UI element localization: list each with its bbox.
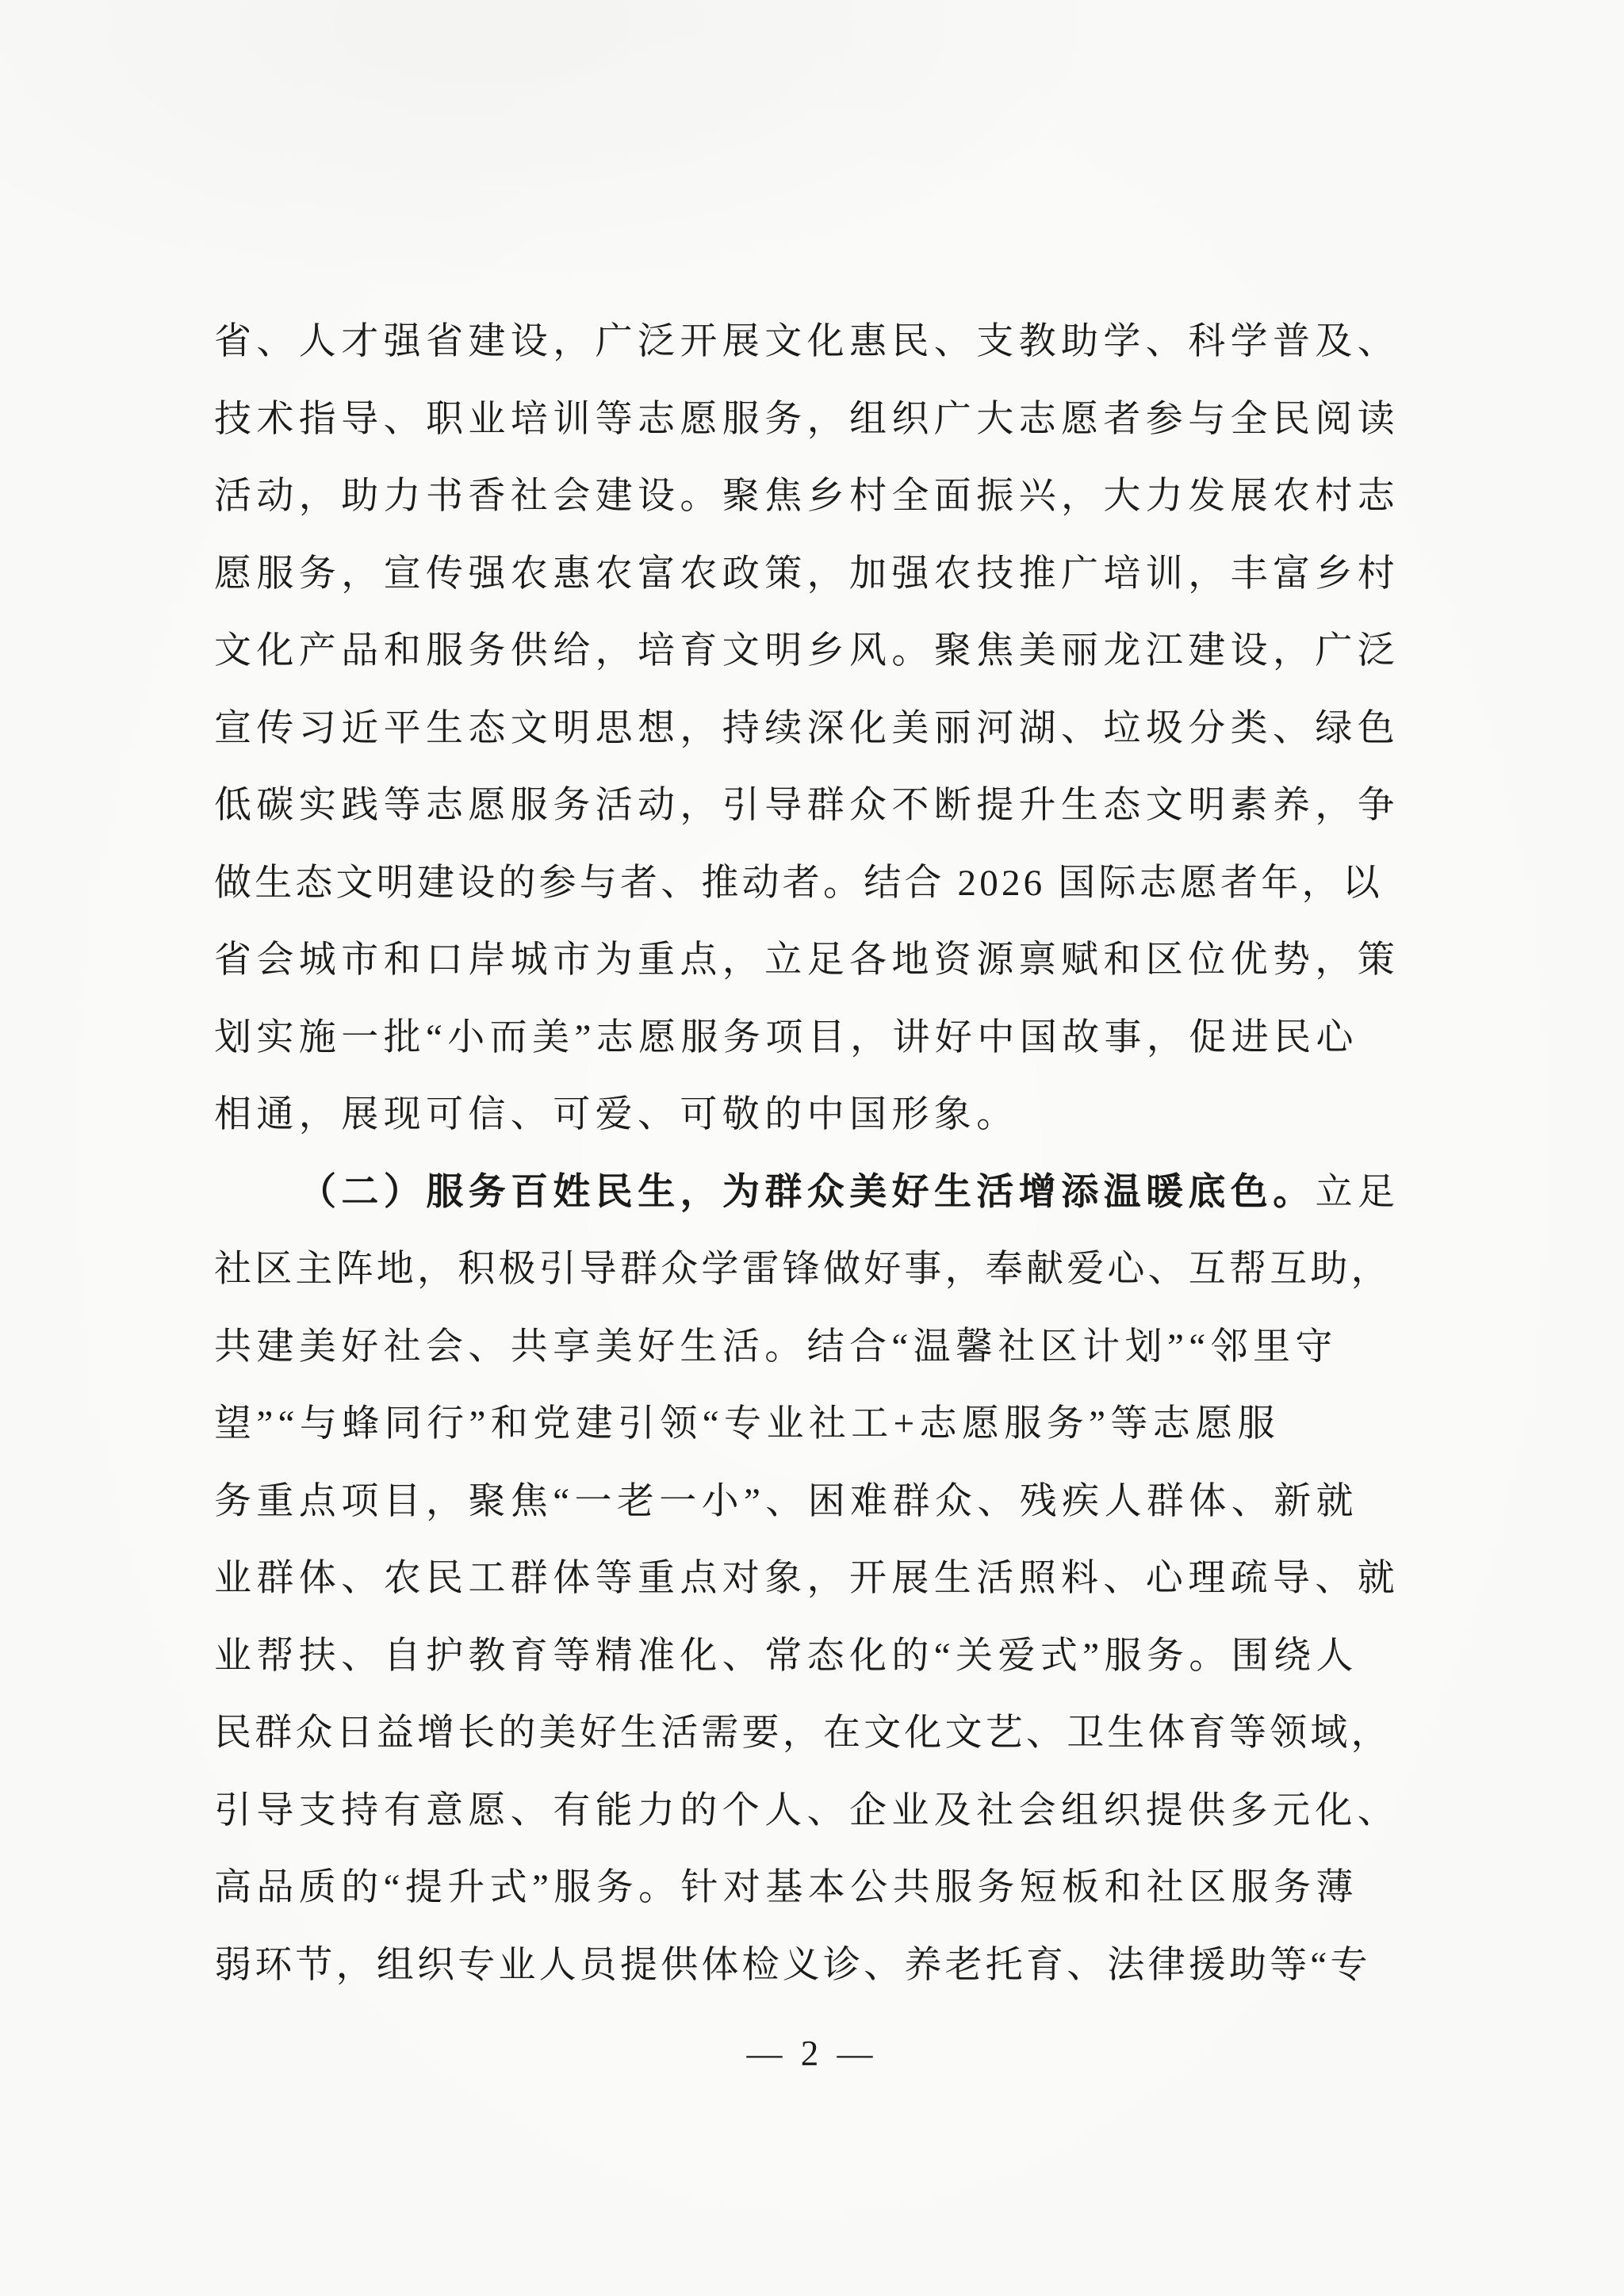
- body-text: 高品质的“提升式”服务。针对基本公共服务短板和社区服务薄: [214, 1867, 1358, 1908]
- body-text: 技术指导、职业培训等志愿服务，组织广大志愿者参与全民阅读: [214, 399, 1400, 440]
- document-page: 省、人才强省建设，广泛开展文化惠民、支教助学、科学普及、技术指导、职业培训等志愿…: [0, 0, 1624, 2296]
- body-text: 共建美好社会、共享美好生活。结合“温馨社区计划”“邻里守: [214, 1326, 1338, 1368]
- body-text: 文化产品和服务供给，培育文明乡风。聚焦美丽龙江建设，广泛: [214, 630, 1400, 672]
- body-text: 民群众日益增长的美好生活需要，在文化文艺、卫生体育等领域，: [214, 1712, 1392, 1754]
- text-line: 低碳实践等志愿服务活动，引导群众不断提升生态文明素养，争: [214, 767, 1499, 845]
- body-text: 宣传习近平生态文明思想，持续深化美丽河湖、垃圾分类、绿色: [214, 708, 1400, 749]
- body-text: 务重点项目，聚焦“一老一小”、困难群众、残疾人群体、新就: [214, 1481, 1358, 1522]
- body-text: 业群体、农民工群体等重点对象，开展生活照料、心理疏导、就: [214, 1558, 1400, 1599]
- text-line: 活动，助力书香社会建设。聚焦乡村全面振兴，大力发展农村志: [214, 458, 1499, 536]
- text-line: 文化产品和服务供给，培育文明乡风。聚焦美丽龙江建设，广泛: [214, 613, 1499, 691]
- text-line: 划实施一批“小而美”志愿服务项目，讲好中国故事，促进民心: [214, 1000, 1499, 1077]
- text-line: 引导支持有意愿、有能力的个人、企业及社会组织提供多元化、: [214, 1773, 1499, 1850]
- text-line: 共建美好社会、共享美好生活。结合“温馨社区计划”“邻里守: [214, 1309, 1499, 1387]
- body-text: 做生态文明建设的参与者、推动者。结合 2026 国际志愿者年，以: [214, 863, 1383, 904]
- body-text: 引导支持有意愿、有能力的个人、企业及社会组织提供多元化、: [214, 1790, 1400, 1831]
- body-text: 省会城市和口岸城市为重点，立足各地资源禀赋和区位优势，策: [214, 939, 1400, 981]
- text-line: 弱环节，组织专业人员提供体检义诊、养老托育、法律援助等“专: [214, 1927, 1499, 2005]
- text-line: 愿服务，宣传强农惠农富农政策，加强农技推广培训，丰富乡村: [214, 536, 1499, 614]
- text-line: 省会城市和口岸城市为重点，立足各地资源禀赋和区位优势，策: [214, 922, 1499, 1000]
- text-line: 望”“与蜂同行”和党建引领“专业社工+志愿服务”等志愿服: [214, 1386, 1499, 1464]
- text-line: 做生态文明建设的参与者、推动者。结合 2026 国际志愿者年，以: [214, 845, 1499, 923]
- text-line: 相通，展现可信、可爱、可敬的中国形象。: [214, 1077, 1499, 1154]
- body-text: 望”“与蜂同行”和党建引领“专业社工+志愿服务”等志愿服: [214, 1403, 1280, 1445]
- text-line: 社区主阵地，积极引导群众学雷锋做好事，奉献爱心、互帮互助，: [214, 1231, 1499, 1309]
- body-text: 立足: [1316, 1172, 1400, 1213]
- body-text: 愿服务，宣传强农惠农富农政策，加强农技推广培训，丰富乡村: [214, 553, 1400, 595]
- text-line: （二）服务百姓民生，为群众美好生活增添温暖底色。立足: [214, 1154, 1499, 1232]
- page-number: — 2 —: [0, 2020, 1624, 2087]
- text-line: 业帮扶、自护教育等精准化、常态化的“关爱式”服务。围绕人: [214, 1618, 1499, 1696]
- body-text: 活动，助力书香社会建设。聚焦乡村全面振兴，大力发展农村志: [214, 476, 1400, 517]
- section-heading-text: （二）服务百姓民生，为群众美好生活增添温暖底色。: [299, 1172, 1316, 1213]
- body-text: 低碳实践等志愿服务活动，引导群众不断提升生态文明素养，争: [214, 785, 1400, 826]
- text-line: 省、人才强省建设，广泛开展文化惠民、支教助学、科学普及、: [214, 304, 1499, 381]
- body-text: 省、人才强省建设，广泛开展文化惠民、支教助学、科学普及、: [214, 321, 1400, 362]
- text-line: 务重点项目，聚焦“一老一小”、困难群众、残疾人群体、新就: [214, 1464, 1499, 1541]
- text-line: 民群众日益增长的美好生活需要，在文化文艺、卫生体育等领域，: [214, 1695, 1499, 1773]
- body-text: 社区主阵地，积极引导群众学雷锋做好事，奉献爱心、互帮互助，: [214, 1249, 1392, 1290]
- document-body: 省、人才强省建设，广泛开展文化惠民、支教助学、科学普及、技术指导、职业培训等志愿…: [214, 304, 1499, 2004]
- text-line: 技术指导、职业培训等志愿服务，组织广大志愿者参与全民阅读: [214, 381, 1499, 459]
- body-text: 相通，展现可信、可爱、可敬的中国形象。: [214, 1094, 1019, 1135]
- text-line: 宣传习近平生态文明思想，持续深化美丽河湖、垃圾分类、绿色: [214, 691, 1499, 768]
- body-text: 弱环节，组织专业人员提供体检义诊、养老托育、法律援助等“专: [214, 1945, 1371, 1986]
- body-text: 业帮扶、自护教育等精准化、常态化的“关爱式”服务。围绕人: [214, 1636, 1358, 1677]
- text-line: 高品质的“提升式”服务。针对基本公共服务短板和社区服务薄: [214, 1850, 1499, 1927]
- body-text: 划实施一批“小而美”志愿服务项目，讲好中国故事，促进民心: [214, 1017, 1358, 1058]
- text-line: 业群体、农民工群体等重点对象，开展生活照料、心理疏导、就: [214, 1540, 1499, 1618]
